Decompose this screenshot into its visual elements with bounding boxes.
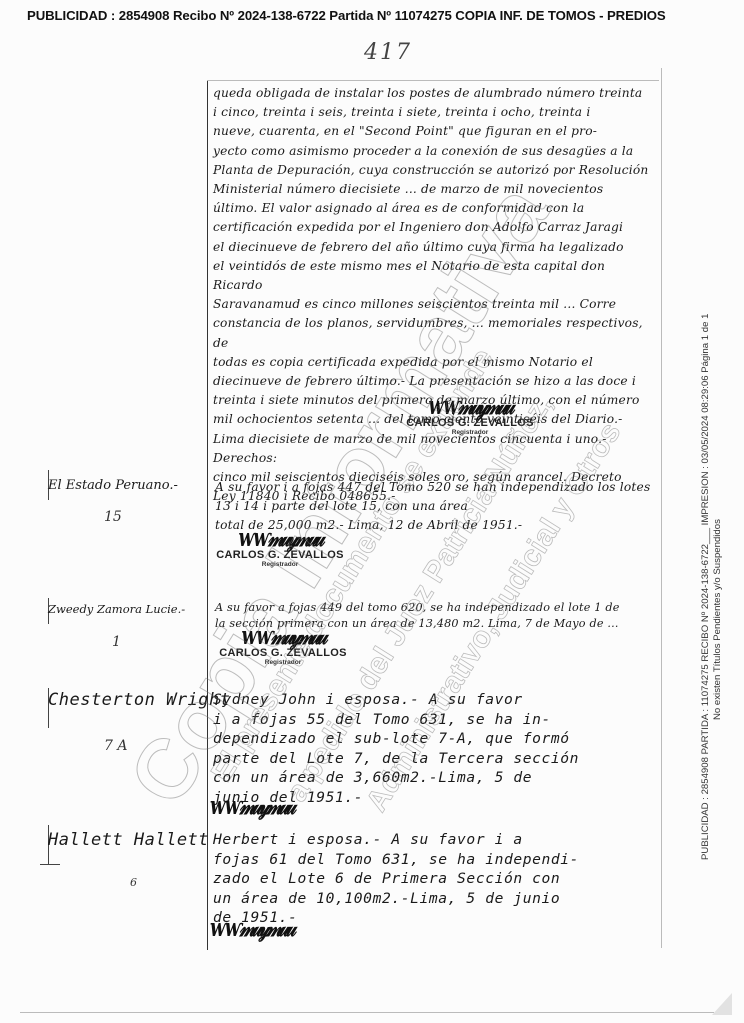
registrar-role: Registrador (380, 429, 560, 436)
registrar-stamp: ⱳⱳ𝓂𝓊𝓎𝓂𝓊𝓊 CARLOS G. ZEVALLOS Registrador (208, 626, 358, 666)
entry-continuation-text: queda obligada de instalar los postes de… (213, 84, 658, 506)
entry-owner-name: El Estado Peruano.- (48, 478, 178, 493)
lot-number: 15 (104, 509, 122, 525)
lot-number: 1 (112, 634, 121, 650)
registrar-signature: ⱳⱳ𝓂𝓊𝓎𝓂𝓊𝓊 (210, 914, 270, 943)
document-page: PUBLICIDAD : 2854908 Recibo Nº 2024-138-… (0, 0, 744, 1023)
top-rule (207, 80, 659, 81)
entry-owner-name: Chesterton Wright (48, 690, 231, 710)
page-header: PUBLICIDAD : 2854908 Recibo Nº 2024-138-… (27, 8, 666, 23)
side-print-line1: PUBLICIDAD : 2854908 PARTIDA : 11074275 … (700, 314, 712, 860)
margin-divider (207, 80, 208, 950)
registrar-signature: ⱳⱳ𝓂𝓊𝓎𝓂𝓊𝓊 (380, 392, 560, 421)
folio-number: 417 (364, 40, 412, 65)
registrar-signature-only: ⱳⱳ𝓂𝓊𝓎𝓂𝓊𝓊 (210, 918, 270, 939)
side-print-info: PUBLICIDAD : 2854908 PARTIDA : 11074275 … (700, 314, 724, 860)
entry-owner-name: Zweedy Zamora Lucie.- (48, 602, 185, 616)
right-margin-line (661, 68, 662, 948)
registrar-role: Registrador (205, 561, 355, 568)
entry-text: Sydney John i esposa.- A su favor i a fo… (213, 690, 658, 807)
registrar-stamp: ⱳⱳ𝓂𝓊𝓎𝓂𝓊𝓊 CARLOS G. ZEVALLOS Registrador (205, 528, 355, 568)
registrar-signature: ⱳⱳ𝓂𝓊𝓎𝓂𝓊𝓊 (208, 622, 358, 651)
entry-marker-dash (40, 864, 60, 865)
registrar-signature: ⱳⱳ𝓂𝓊𝓎𝓂𝓊𝓊 (210, 792, 270, 821)
registrar-signature: ⱳⱳ𝓂𝓊𝓎𝓂𝓊𝓊 (205, 524, 355, 553)
folded-corner (712, 993, 732, 1015)
registrar-signature-only: ⱳⱳ𝓂𝓊𝓎𝓂𝓊𝓊 (210, 796, 270, 817)
side-print-line2: No existen Títulos Pendientes y/o Suspen… (712, 314, 724, 860)
lot-number: 7 A (104, 738, 127, 754)
entry-owner-name: Hallett Hallett (48, 830, 209, 850)
lot-number: 6 (130, 876, 137, 889)
page-bottom-edge (20, 1012, 714, 1013)
registrar-stamp: ⱳⱳ𝓂𝓊𝓎𝓂𝓊𝓊 CARLOS G. ZEVALLOS Registrador (380, 396, 560, 436)
registrar-role: Registrador (208, 659, 358, 666)
